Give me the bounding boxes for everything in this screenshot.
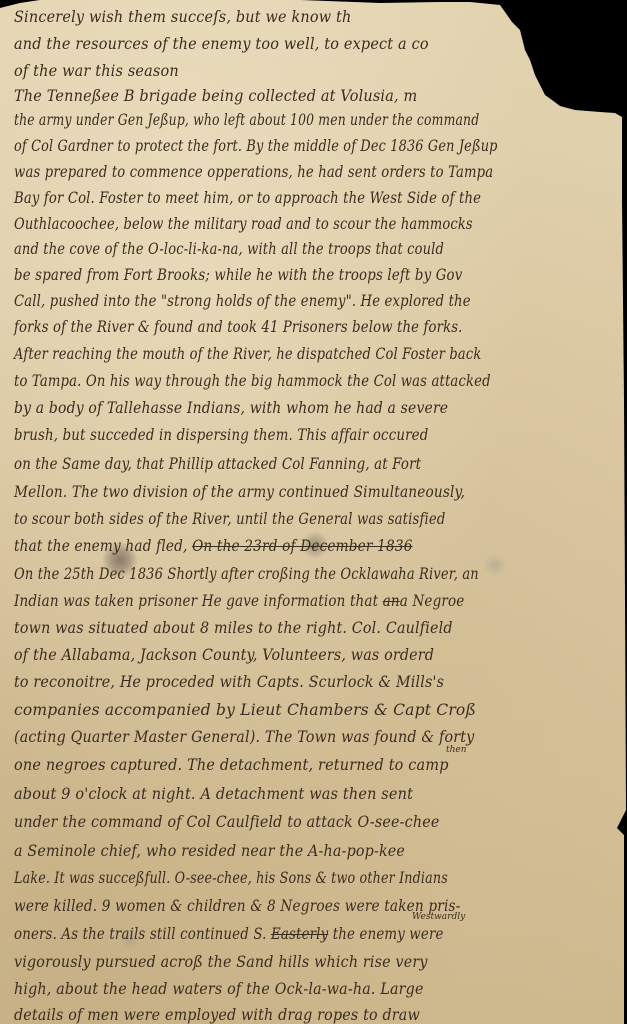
struck-text: an [383, 592, 400, 610]
manuscript-line: and the cove of the O-loc-li-ka-na, with… [14, 240, 444, 258]
manuscript-line: Lake. It was succeßfull. O-see-chee, his… [14, 869, 448, 887]
manuscript-line: of Col Gardner to protect the fort. By t… [14, 137, 498, 155]
manuscript-line: details of men were employed with drag r… [14, 1006, 420, 1024]
manuscript-line: was prepared to commence opperations, he… [14, 163, 493, 181]
line-text-after: the enemy were [333, 925, 444, 943]
manuscript-line: Indian was taken prisoner He gave inform… [14, 592, 464, 610]
manuscript-line: Sincerely wish them succeſs, but we know… [14, 8, 351, 26]
manuscript-line: the army under Gen Jeßup, who left about… [14, 111, 479, 129]
manuscript-line: town was situated about 8 miles to the r… [14, 619, 453, 637]
manuscript-line: on the Same day, that Phillip attacked C… [14, 455, 421, 473]
manuscript-line: and the resources of the enemy too well,… [14, 35, 429, 53]
struck-text: Easterly [271, 925, 328, 943]
manuscript-line: oners. As the trails still continued S. … [14, 925, 444, 943]
manuscript-line: a Seminole chief, who resided near the A… [14, 842, 405, 860]
manuscript-line: After reaching the mouth of the River, h… [14, 345, 481, 363]
manuscript-line: companies accompanied by Lieut Chambers … [14, 701, 476, 719]
manuscript-line: to reconoitre, He proceded with Capts. S… [14, 673, 444, 691]
manuscript-line: The Tenneßee B brigade being collected a… [14, 87, 417, 105]
manuscript-line: On the 25th Dec 1836 Shortly after croßi… [14, 565, 479, 583]
manuscript-line: of the war this season [14, 62, 179, 80]
manuscript-line: that the enemy had fled, On the 23rd of … [14, 537, 413, 555]
manuscript-line: Mellon. The two division of the army con… [14, 483, 465, 501]
manuscript-line: Outhlacoochee, below the military road a… [14, 215, 473, 233]
manuscript-line: brush, but succeded in dispersing them. … [14, 426, 428, 444]
manuscript-line: vigorously pursued acroß the Sand hills … [14, 953, 428, 971]
document-scan: Sincerely wish them succeſs, but we know… [0, 0, 627, 1024]
manuscript-line: to Tampa. On his way through the big ham… [14, 372, 491, 390]
manuscript-line: (acting Quarter Master General). The Tow… [14, 728, 474, 746]
manuscript-line: of the Allabama, Jackson County, Volunte… [14, 646, 434, 664]
manuscript-line: Bay for Col. Foster to meet him, or to a… [14, 189, 481, 207]
line-text: that the enemy had fled, [14, 537, 188, 555]
interlinear-insertion: Westwardly [412, 912, 465, 922]
manuscript-line: be spared from Fort Brooks; while he wit… [14, 266, 462, 284]
manuscript-line: by a body of Tallehasse Indians, with wh… [14, 399, 448, 417]
line-text: Indian was taken prisoner He gave inform… [14, 592, 378, 610]
manuscript-line: forks of the River & found and took 41 P… [14, 318, 463, 336]
manuscript-line: high, about the head waters of the Ock-l… [14, 980, 424, 998]
struck-text: On the 23rd of December 1836 [192, 537, 412, 555]
line-text-after: a Negroe [400, 592, 465, 610]
manuscript-line: Call, pushed into the "strong holds of t… [14, 292, 471, 310]
interlinear-insertion: then [446, 745, 467, 755]
manuscript-line: about 9 o'clock at night. A detachment w… [14, 785, 413, 803]
line-text: oners. As the trails still continued S. [14, 925, 267, 943]
manuscript-line: were killed. 9 women & children & 8 Negr… [14, 897, 461, 915]
manuscript-line: under the command of Col Caulfield to at… [14, 813, 439, 831]
manuscript-line: one negroes captured. The detachment, re… [14, 756, 449, 774]
manuscript-line: to scour both sides of the River, until … [14, 510, 445, 528]
